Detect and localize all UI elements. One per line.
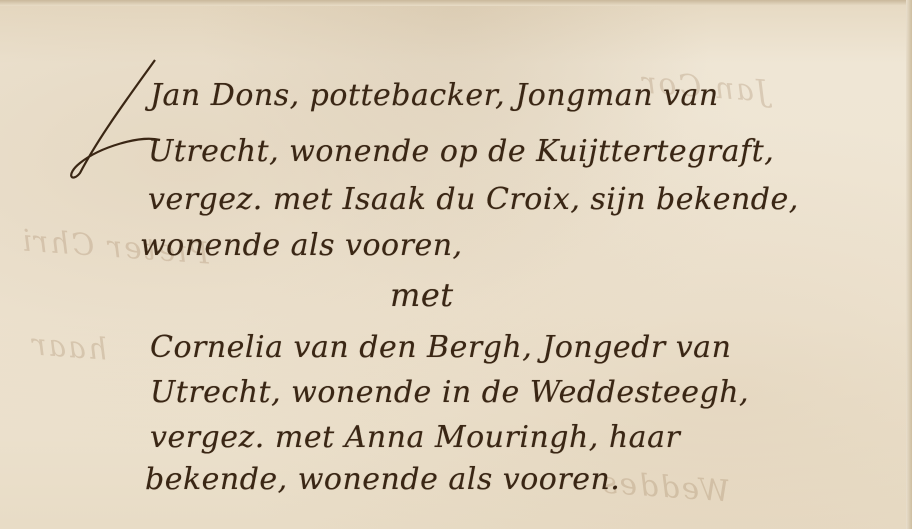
bleed-through-text: haar: [29, 327, 109, 367]
bride-line-1: Cornelia van den Bergh, Jongedr van: [150, 330, 731, 365]
groom-line-1: Jan Dons, pottebacker, Jongman van: [150, 78, 719, 113]
manuscript-page: Jan Cor Pieter Chri haar Weddes Jan Dons…: [0, 0, 912, 529]
bride-line-3: vergez. met Anna Mouringh, haar: [150, 420, 680, 455]
groom-line-4: wonende als vooren,: [140, 228, 463, 263]
page-right-edge: [906, 0, 912, 529]
page-top-edge: [0, 0, 912, 6]
groom-line-2: Utrecht, wonende op de Kuijttertegraft,: [148, 134, 774, 169]
connector-met: met: [390, 276, 454, 314]
bride-line-4: bekende, wonende als vooren.: [145, 462, 620, 497]
bride-line-2: Utrecht, wonende in de Weddesteegh,: [150, 375, 749, 410]
groom-line-3: vergez. met Isaak du Croix, sijn bekende…: [148, 182, 799, 217]
